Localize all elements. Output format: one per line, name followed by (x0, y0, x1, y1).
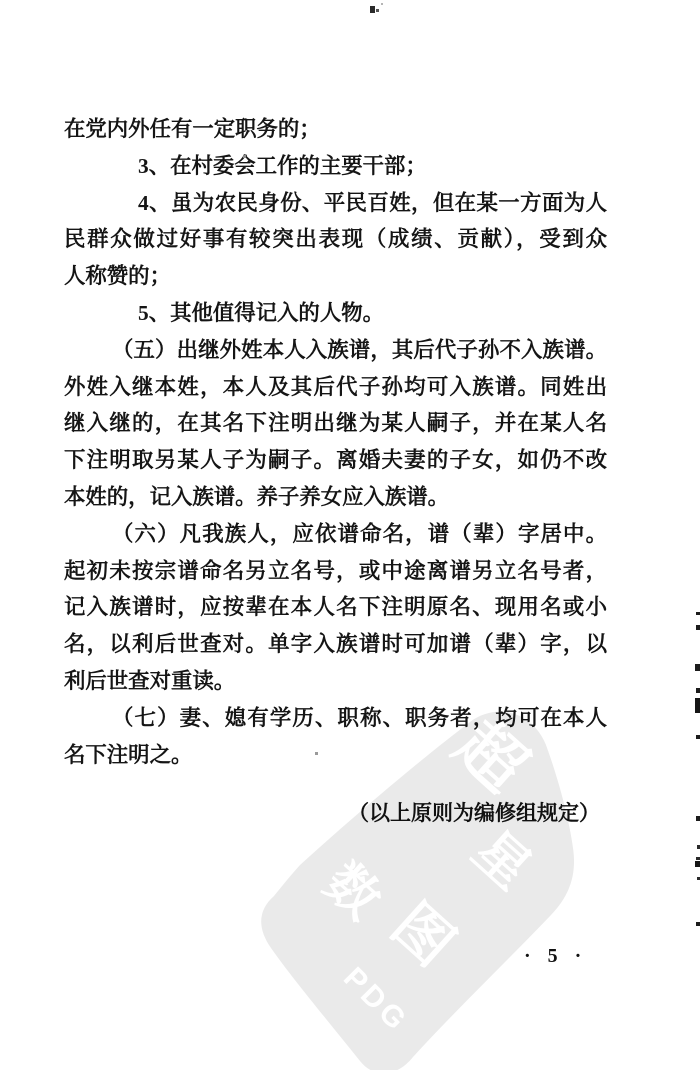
text-line: （五）出继外姓本人入族谱，其后代子孙不入族谱。 (64, 332, 607, 369)
scan-artifact (696, 612, 700, 615)
text-line: 起初未按宗谱命名另立名号，或中途离谱另立名号者， (64, 553, 607, 590)
attribution-note: （以上原则为编修组规定） (348, 797, 600, 827)
scan-artifact (695, 861, 700, 867)
text-line: 人称赞的； (64, 258, 607, 295)
scan-artifact (376, 9, 379, 12)
scan-artifact (695, 664, 700, 671)
book-page: 超 星 数 图 PDG 在党内外任有一定职务的；3、在村委会工作的主要干部；4、… (0, 0, 700, 1070)
scan-artifact (315, 752, 318, 755)
text-line: 3、在村委会工作的主要干部； (64, 148, 607, 185)
text-line: 记入族谱时，应按辈在本人名下注明原名、现用名或小 (64, 589, 607, 626)
scan-artifact (243, 155, 246, 158)
text-line: 名，以利后世查对。单字入族谱时可加谱（辈）字，以 (64, 626, 607, 663)
text-line: 民群众做过好事有较突出表现（成绩、贡献），受到众 (64, 221, 607, 258)
text-line: 下注明取另某人子为嗣子。离婚夫妻的子女，如仍不改 (64, 442, 607, 479)
text-line: 在党内外任有一定职务的； (64, 111, 607, 148)
scan-artifact (696, 816, 700, 821)
text-line: 外姓入继本姓，本人及其后代子孙均可入族谱。同姓出 (64, 369, 607, 406)
scan-artifact (695, 698, 700, 713)
text-line: 5、其他值得记入的人物。 (64, 295, 607, 332)
text-line: （六）凡我族人，应依谱命名，谱（辈）字居中。 (64, 516, 607, 553)
scan-artifact (381, 3, 383, 5)
text-line: 利后世查对重读。 (64, 663, 607, 700)
scan-artifact (696, 922, 700, 926)
scan-artifact (696, 857, 700, 860)
text-line: 继入继的，在其名下注明出继为某人嗣子，并在某人名 (64, 405, 607, 442)
text-line: 名下注明之。 (64, 737, 607, 774)
text-line: 本姓的，记入族谱。养子养女应入族谱。 (64, 479, 607, 516)
page-number: · 5 · (524, 945, 587, 968)
text-block: 在党内外任有一定职务的；3、在村委会工作的主要干部；4、虽为农民身份、平民百姓，… (64, 111, 607, 773)
scan-artifact (370, 6, 375, 13)
scan-artifact (696, 735, 700, 739)
scan-artifact (696, 625, 700, 630)
scan-artifact (696, 688, 700, 693)
text-line: （七）妻、媳有学历、职称、职务者，均可在本人 (64, 700, 607, 737)
text-line: 4、虽为农民身份、平民百姓，但在某一方面为人 (64, 185, 607, 222)
